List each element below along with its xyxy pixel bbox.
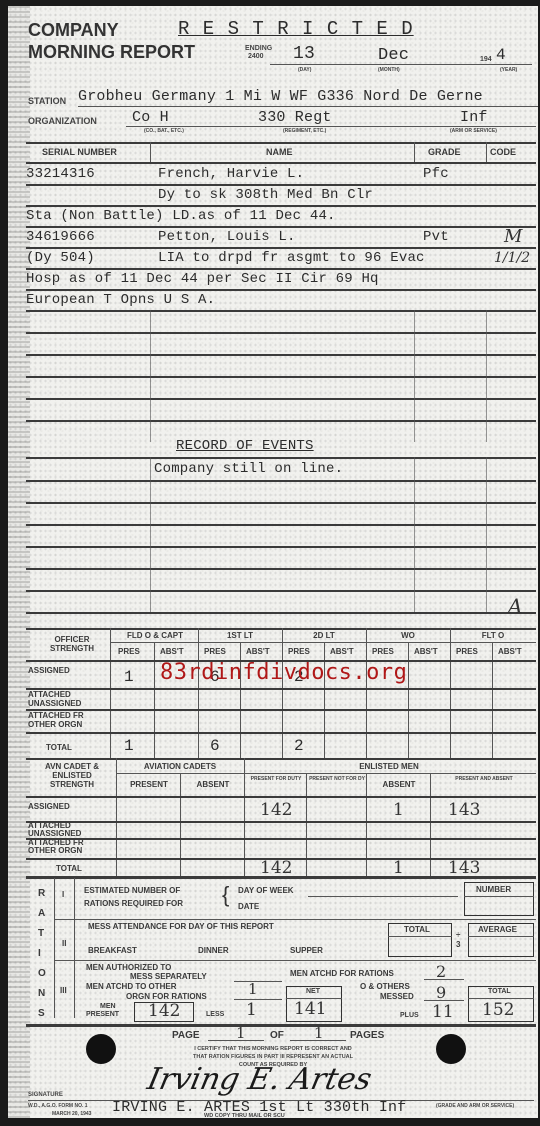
col-cadets-absent: ABSENT — [182, 780, 244, 789]
date-label: DATE — [238, 902, 259, 911]
orgn-for-rations-label: ORGN FOR RATIONS — [126, 992, 207, 1001]
group-enlisted-men: ENLISTED MEN — [244, 762, 534, 771]
report-year: 4 — [496, 46, 506, 64]
station-label: STATION — [28, 96, 66, 106]
of-label: OF — [270, 1030, 284, 1041]
form-title-morning-report: MORNING REPORT — [28, 42, 195, 63]
enlisted-total-present-and-absent: 143 — [448, 858, 480, 878]
morning-report-document: COMPANY MORNING REPORT R E S T R I C T E… — [8, 6, 538, 1118]
org-regiment-caption: (REGIMENT, ETC.) — [283, 128, 326, 134]
subcol-abst: ABS'T — [160, 647, 184, 656]
divide-by-three: ÷ 3 — [456, 930, 464, 950]
supper-label: SUPPER — [290, 946, 323, 955]
form-date: MARCH 20, 1943 — [52, 1111, 91, 1117]
row-label-attached-fr-other-orgn: ATTACHED FR OTHER ORGN — [28, 711, 108, 729]
estimated-rations-label: ESTIMATED NUMBER OF — [84, 886, 180, 895]
org-company-caption: (CO., BAT., ETC.) — [144, 128, 184, 134]
men-atchd-to-other-value: 1 — [248, 980, 258, 998]
classification-stamp: R E S T R I C T E D — [178, 18, 414, 40]
page-label: PAGE — [172, 1030, 200, 1041]
plus-value: 11 — [432, 1002, 454, 1022]
form-note: WD COPY THRU MAIL OR SCU — [204, 1113, 285, 1118]
average-label: AVERAGE — [478, 925, 517, 934]
col-fld-o-capt: FLD O & CAPT — [112, 631, 198, 640]
col-present-and-absent: PRESENT AND ABSENT — [432, 776, 536, 783]
entry-remark: LIA to drpd fr asgmt to 96 Evac — [158, 250, 425, 266]
men-present-value: 142 — [148, 1001, 180, 1021]
subcol-pres: PRES — [372, 647, 394, 656]
pages-label: PAGES — [350, 1030, 384, 1041]
row-label-attached-unassigned: ATTACHED UNASSIGNED — [28, 690, 108, 708]
row-label-total: TOTAL — [56, 864, 82, 873]
officer-total-2dlt-pres: 2 — [294, 737, 304, 755]
subcol-abst: ABS'T — [330, 647, 354, 656]
rations-required-for-label: RATIONS REQUIRED FOR — [84, 899, 183, 908]
officer-total-fldo-pres: 1 — [124, 737, 134, 755]
entry-grade: Pvt — [423, 229, 449, 245]
entry-grade: Pfc — [423, 166, 449, 182]
col-flt-o: FLT O — [450, 631, 536, 640]
enlisted-total-present-for-duty: 142 — [260, 858, 292, 878]
margin-mark-date: 1/1/2 — [494, 250, 530, 266]
entry-remark: Sta (Non Battle) LD.as of 11 Dec 44. — [26, 208, 336, 224]
entry-name: French, Harvie L. — [158, 166, 304, 182]
officer-assigned-fldo-pres: 1 — [124, 668, 134, 686]
col-2d-lt: 2D LT — [282, 631, 366, 640]
dinner-label: DINNER — [198, 946, 229, 955]
rations-section-i-numeral: I — [62, 890, 64, 899]
enlisted-assigned-present-for-duty: 142 — [260, 800, 292, 820]
net-value: 141 — [294, 999, 326, 1019]
enlisted-assigned-absent: 1 — [393, 800, 404, 820]
year-caption: (YEAR) — [500, 67, 517, 73]
mess-attendance-heading: MESS ATTENDANCE FOR DAY OF THIS REPORT — [88, 922, 274, 931]
report-month: Dec — [378, 46, 409, 65]
less-label: LESS — [206, 1011, 224, 1018]
entry-remark: Dy to sk 308th Med Bn Clr — [158, 187, 373, 203]
rations-section-iii-numeral: III — [60, 986, 67, 995]
organization-label: ORGANIZATION — [28, 116, 97, 126]
col-serial-number: SERIAL NUMBER — [42, 147, 117, 157]
men-authorized-label: MEN AUTHORIZED TO — [86, 963, 171, 972]
rations-side-label: RATIONS — [38, 884, 48, 1024]
punch-hole-right — [436, 1034, 466, 1064]
col-enlisted-absent: ABSENT — [368, 780, 430, 789]
subcol-abst: ABS'T — [414, 647, 438, 656]
col-grade: GRADE — [428, 147, 461, 157]
col-wo: WO — [366, 631, 450, 640]
entry-serial: 33214316 — [26, 166, 95, 182]
signature-label: SIGNATURE — [28, 1092, 63, 1098]
subcol-pres: PRES — [118, 647, 140, 656]
subcol-pres: PRES — [456, 647, 478, 656]
enlisted-total-absent: 1 — [393, 858, 404, 878]
col-1st-lt: 1ST LT — [198, 631, 282, 640]
certification-line-2: THAT RATION FIGURES IN PART III REPRESEN… — [148, 1054, 398, 1060]
station-value: Grobheu Germany 1 Mi W WF G336 Nord De G… — [78, 88, 483, 105]
entry-duty-code: (Dy 504) — [26, 250, 95, 266]
form-title-company: COMPANY — [28, 20, 119, 41]
others-messed-label: O & OTHERS — [360, 982, 410, 991]
col-cadets-present: PRESENT — [118, 780, 180, 789]
mess-separately-label: MESS SEPARATELY — [130, 972, 207, 981]
day-of-week-label: DAY OF WEEK — [238, 886, 294, 895]
row-label-assigned: ASSIGNED — [28, 802, 70, 811]
subcol-pres: PRES — [288, 647, 310, 656]
subcol-abst: ABS'T — [498, 647, 522, 656]
org-company-value: Co H — [132, 109, 169, 126]
entry-remark: Hosp as of 11 Dec 44 per Sec II Cir 69 H… — [26, 271, 379, 287]
brace: { — [222, 882, 229, 908]
watermark-text: 83rdinfdivdocs.org — [160, 660, 407, 685]
col-code: CODE — [490, 147, 516, 157]
mess-total-label: TOTAL — [404, 925, 430, 934]
messed-label: MESSED — [380, 992, 414, 1001]
group-aviation-cadets: AVIATION CADETS — [118, 762, 242, 771]
day-caption: (DAY) — [298, 67, 311, 73]
entry-remark: European T Opns U S A. — [26, 292, 215, 308]
record-of-events-heading: RECORD OF EVENTS — [176, 438, 314, 454]
ending-label: ENDING — [245, 45, 272, 52]
officer-total-1stlt-pres: 6 — [210, 737, 220, 755]
ending-time-label: 2400 — [248, 53, 264, 60]
men-present-label: MEN — [100, 1003, 116, 1010]
men-atchd-to-other-label: MEN ATCHD TO OTHER — [86, 982, 177, 991]
rations-total-label: TOTAL — [488, 988, 511, 995]
org-regiment-value: 330 Regt — [258, 109, 332, 126]
certification-line-1: I CERTIFY THAT THIS MORNING REPORT IS CO… — [148, 1046, 398, 1052]
margin-mark-initial: M — [504, 226, 522, 247]
net-label: NET — [306, 988, 320, 995]
row-label-attached-unassigned: ATTACHED UNASSIGNED — [28, 822, 112, 838]
row-label-total: TOTAL — [46, 743, 72, 752]
handwritten-signature: Irving E. Artes — [144, 1062, 374, 1097]
plus-label: PLUS — [400, 1012, 419, 1019]
rations-section-ii-numeral: II — [62, 939, 66, 948]
margin-mark-a: A — [508, 594, 522, 618]
subcol-pres: PRES — [204, 647, 226, 656]
men-present-label-2: PRESENT — [86, 1011, 119, 1018]
entry-name: Petton, Louis L. — [158, 229, 296, 245]
enlisted-strength-title: AVN CADET & ENLISTED STRENGTH — [36, 762, 108, 789]
number-label: NUMBER — [476, 885, 511, 894]
org-arm-caption: (ARM OR SERVICE) — [450, 128, 497, 134]
subcol-abst: ABS'T — [246, 647, 270, 656]
less-value: 1 — [246, 1000, 257, 1020]
form-number: W.D., A.G.O. FORM NO. 1 — [28, 1103, 88, 1109]
row-label-attached-fr-other-orgn: ATTACHED FR OTHER ORGN — [28, 839, 112, 855]
col-present-for-duty: PRESENT FOR DUTY — [246, 776, 306, 783]
org-arm-value: Inf — [460, 109, 488, 126]
row-label-assigned: ASSIGNED — [28, 666, 70, 675]
rations-total-value: 152 — [482, 1000, 514, 1020]
month-caption: (MONTH) — [378, 67, 400, 73]
entry-serial: 34619666 — [26, 229, 95, 245]
col-name: NAME — [266, 147, 293, 157]
record-of-events-text: Company still on line. — [154, 461, 343, 477]
grade-caption: (GRADE AND ARM OR SERVICE) — [436, 1103, 514, 1109]
enlisted-assigned-present-and-absent: 143 — [448, 800, 480, 820]
col-present-not-for-duty: PRESENT NOT FOR DY — [308, 776, 366, 783]
punch-hole-left — [86, 1034, 116, 1064]
men-atchd-for-rations-label: MEN ATCHD FOR RATIONS — [290, 969, 394, 978]
report-day: 13 — [293, 44, 315, 64]
breakfast-label: BREAKFAST — [88, 946, 137, 955]
officer-strength-title: OFFICER STRENGTH — [42, 635, 102, 653]
year-prefix: 194 — [480, 56, 492, 63]
